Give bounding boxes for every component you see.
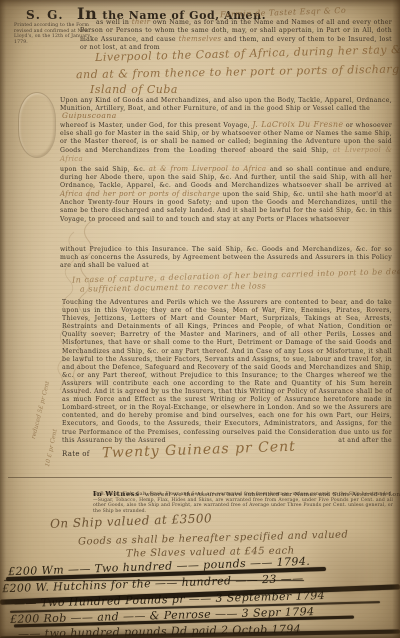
master-a: whereof is Master, under God, for this p… (60, 122, 250, 129)
hw-voyage-line-3: Island of Cuba (90, 83, 178, 96)
marginal-note-reduced-rate: reduced 5£ pr Cent (30, 380, 51, 439)
rate-label: Rate of (62, 450, 90, 458)
intro-a: as well in (96, 19, 129, 26)
embossed-revenue-stamp (18, 92, 56, 158)
marginal-handwriting-left (46, 150, 94, 410)
nb-warranty-note: N. B. Corn, Fish, Salt, Fruit, Flour and… (93, 492, 393, 514)
perils-clause: Touching the Adventures and Perils which… (62, 299, 392, 445)
sg-form-mark: S. G. (26, 8, 64, 22)
divider-rule (8, 477, 392, 478)
hw-themselves: themselves (179, 35, 222, 43)
hw-their: their (132, 18, 151, 26)
hw-ship-valuation: On Ship valued at £3500 (50, 511, 213, 531)
hw-voyage-line-2: and at & from thence to her port or port… (76, 62, 400, 81)
hw-ship-name: Guipuscoana (62, 111, 117, 120)
ink-strikethrough (4, 580, 304, 581)
at-and-after-text: at and after the (300, 437, 392, 445)
continuation-clause: upon the said Ship, &c. at & from Liverp… (60, 165, 392, 224)
master-clause: whereof is Master, under God, for this p… (60, 121, 392, 164)
hw-at-from: at & from Liverpool to Africa (149, 165, 267, 173)
hw-goods-valuation: Goods as shall be hereafter specified an… (78, 529, 349, 547)
policy-document-scan: S. G. Printed according to the Form revi… (0, 0, 400, 638)
hw-master-name: J. LaCroix Du Fresne (252, 120, 343, 129)
valuation-clause: without Prejudice to this Insurance. The… (60, 246, 392, 270)
hw-valuation-line-2: a sufficient document to recover the los… (80, 281, 266, 293)
marginal-note-rate: 10 £ pr Cent (44, 429, 59, 468)
